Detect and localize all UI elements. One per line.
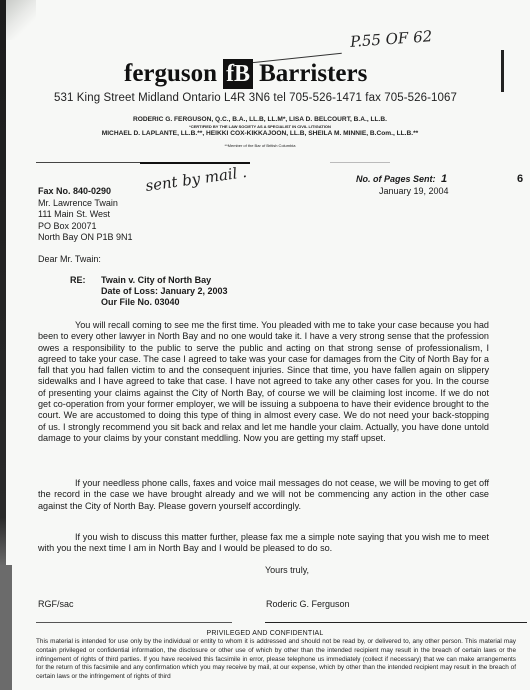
letter-date: January 19, 2004 bbox=[379, 186, 449, 196]
lawyers-note-2: **Member of the Bar of British Columbia bbox=[40, 143, 480, 148]
pages-sent-label: No. of Pages Sent: bbox=[356, 174, 436, 184]
margin-number: 6 bbox=[517, 173, 523, 185]
body-paragraph-2: If your needless phone calls, faxes and … bbox=[38, 478, 489, 512]
re-date-of-loss: Date of Loss: January 2, 2003 bbox=[101, 286, 228, 297]
body-paragraph-3: If you wish to discuss this matter furth… bbox=[38, 532, 489, 555]
recipient-block: Fax No. 840-0290 Mr. Lawrence Twain 111 … bbox=[38, 186, 133, 244]
scan-corner-shade bbox=[6, 0, 36, 40]
salutation: Dear Mr. Twain: bbox=[38, 254, 101, 264]
firm-name-left: ferguson bbox=[124, 60, 217, 88]
re-label: RE: bbox=[70, 275, 86, 285]
header-rule-dark bbox=[140, 162, 250, 164]
scan-edge-shadow bbox=[0, 565, 12, 690]
lawyers-line-1: RODERIC G. FERGUSON, Q.C., B.A., LL.B, L… bbox=[40, 116, 480, 123]
recipient-street: 111 Main St. West bbox=[38, 209, 133, 221]
handwritten-sent-note: sent by mail . bbox=[144, 163, 248, 195]
footer-rule-right bbox=[265, 622, 527, 623]
firm-address: 531 King Street Midland Ontario L4R 3N6 … bbox=[54, 92, 474, 104]
re-case: Twain v. City of North Bay bbox=[101, 275, 228, 286]
firm-name-right: Barristers bbox=[259, 60, 367, 88]
firm-logo: ferguson fB Barristers bbox=[124, 59, 367, 89]
handwritten-page-note: P.55 OF 62 bbox=[349, 27, 432, 51]
pages-sent: No. of Pages Sent: 1 bbox=[356, 173, 447, 185]
fb-logo-icon: fB bbox=[223, 59, 253, 89]
fax-number: Fax No. 840-0290 bbox=[38, 186, 133, 198]
recipient-name: Mr. Lawrence Twain bbox=[38, 198, 133, 210]
re-block: Twain v. City of North Bay Date of Loss:… bbox=[101, 275, 228, 309]
lawyers-line-2: MICHAEL D. LAPLANTE, LL.B.**, HEIKKI COX… bbox=[30, 130, 490, 137]
confidential-notice: This material is intended for use only b… bbox=[36, 638, 516, 682]
re-file-no: Our File No. 03040 bbox=[101, 297, 228, 308]
footer-rule-left bbox=[36, 622, 232, 623]
recipient-city: North Bay ON P1B 9N1 bbox=[38, 232, 133, 244]
header-rule-right bbox=[330, 162, 390, 163]
signature-name: Roderic G. Ferguson bbox=[266, 599, 350, 609]
recipient-po-box: PO Box 20071 bbox=[38, 221, 133, 233]
pages-sent-count: 1 bbox=[441, 173, 447, 185]
body-paragraph-1: You will recall coming to see me the fir… bbox=[38, 320, 489, 444]
margin-bar bbox=[501, 50, 504, 92]
confidential-title: PRIVILEGED AND CONFIDENTIAL bbox=[40, 630, 490, 637]
closing: Yours truly, bbox=[265, 565, 309, 575]
lawyers-note-1: *CERTIFIED BY THE LAW SOCIETY AS A SPECI… bbox=[40, 124, 480, 129]
reference-initials: RGF/sac bbox=[38, 599, 74, 609]
